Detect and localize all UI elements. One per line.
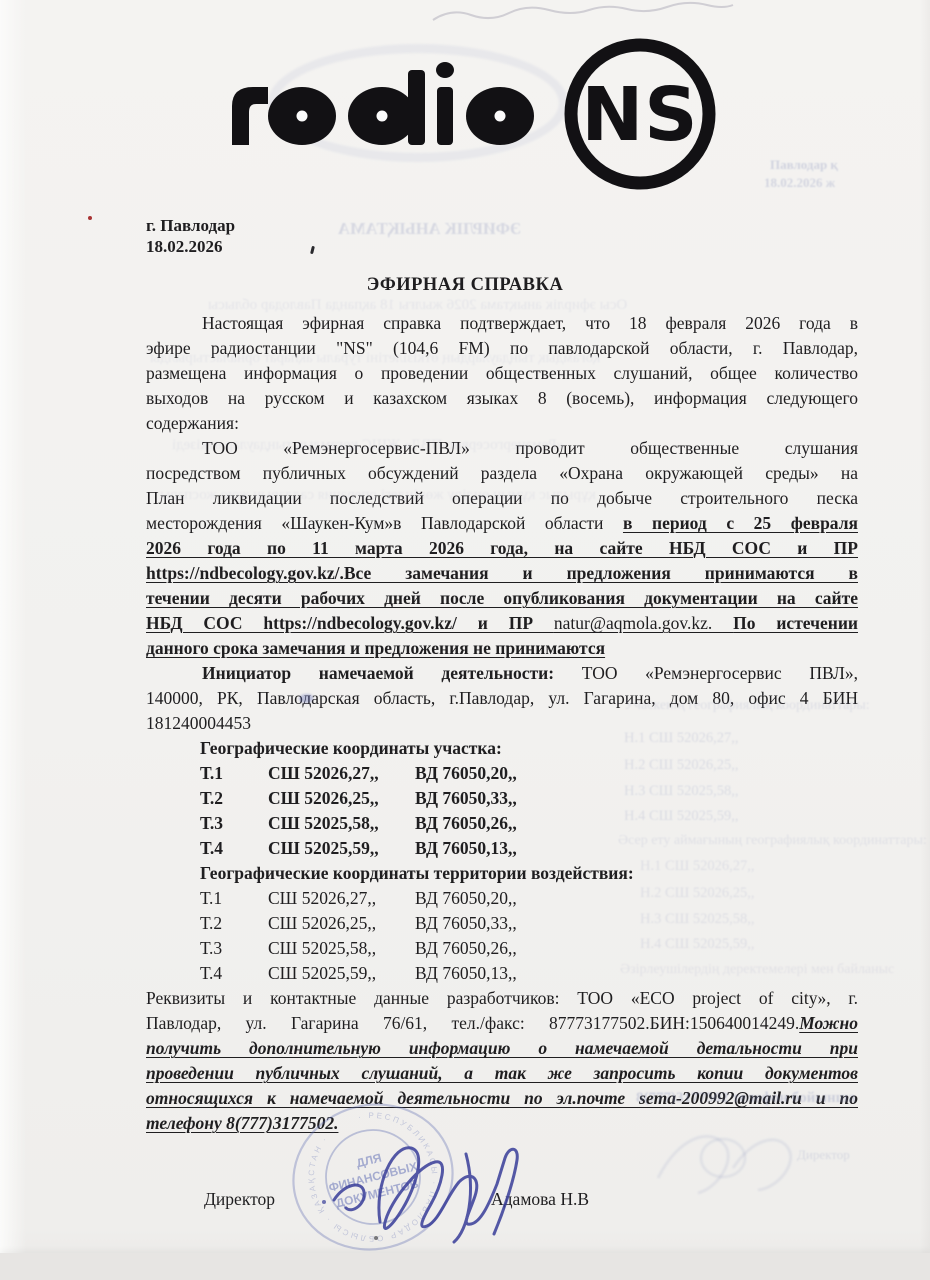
doc-body: Настоящая эфирная справка подтверждает, … [146,311,858,1136]
coordinates-heading: Географические координаты территории воз… [146,861,858,886]
text-line: посредством публичных обсуждений раздела… [146,461,858,486]
point-label: Т.4 [200,836,268,861]
text-segment: https://ndbecology.gov.kz/.Все замечания… [146,563,858,583]
signatory-role: Директор [204,1188,275,1210]
text-line: Реквизиты и контактные данные разработчи… [146,986,858,1011]
text-segment: Реквизиты и контактные данные разработчи… [146,988,858,1008]
longitude-value: ВД 76050,26,, [415,936,858,961]
coordinate-row: Т.2СШ 52026,25,,ВД 76050,33,, [146,786,858,811]
text-segment: в период с 25 февраля [623,513,858,533]
document-title: ЭФИРНАЯ СПРАВКА [0,273,930,297]
paragraph: Инициатор намечаемой деятельности: ТОО «… [146,661,858,736]
paragraph: ТОО «Ремэнергосервис-ПВЛ» проводит общес… [146,436,858,661]
text-line: выходов на русском и казахском языках 8 … [146,386,858,411]
coordinate-row: Т.1СШ 52026,27,,ВД 76050,20,, [146,761,858,786]
text-line: https://ndbecology.gov.kz/.Все замечания… [146,561,858,586]
longitude-value: ВД 76050,20,, [415,761,858,786]
text-line: проведении публичных слушаний, а так же … [146,1061,858,1086]
latitude-value: СШ 52025,58,, [268,936,415,961]
text-segment: получить дополнительную информацию о нам… [146,1038,858,1058]
text-segment: размещена информация о проведении общест… [146,363,858,383]
signature-row: Директор Адамова Н.В [146,1188,930,1210]
text-segment: 140000, РК, Павлодарская область, г.Павл… [146,688,858,708]
text-line: НБД СОС https://ndbecology.gov.kz/ и ПР … [146,611,858,636]
coordinates-heading: Географические координаты участка: [146,736,858,761]
text-line: 181240004453 [146,711,858,736]
text-segment: выходов на русском и казахском языках 8 … [146,388,858,408]
coordinate-row: Т.4СШ 52025,59,,ВД 76050,13,, [146,961,858,986]
stamp-bleed-ghost [700,1138,746,1178]
latitude-value: СШ 52026,25,, [268,911,415,936]
latitude-value: СШ 52026,25,, [268,786,415,811]
text-line: телефону 8(777)3177502. [146,1111,858,1136]
text-segment: 181240004453 [146,713,251,733]
text-line: Павлодар, ул. Гагарина 76/61, тел./факс:… [146,1011,858,1036]
longitude-value: ВД 76050,33,, [415,786,858,811]
text-segment: natur@aqmola.gov.kz. [554,613,733,633]
text-segment: 2026 года по 11 марта 2026 года, на сайт… [146,538,858,558]
ink-smudge [299,694,313,703]
text-line: ТОО «Ремэнергосервис-ПВЛ» проводит общес… [146,436,858,461]
text-segment: данного срока замечания и предложения не… [146,638,605,658]
text-segment: Павлодар, ул. Гагарина 76/61, тел./факс:… [146,1013,799,1033]
point-label: Т.2 [200,786,268,811]
text-line: Инициатор намечаемой деятельности: ТОО «… [146,661,858,686]
coordinate-row: Т.3СШ 52025,58,,ВД 76050,26,, [146,811,858,836]
text-line: течении десяти рабочих дней после опубли… [146,586,858,611]
coordinate-row: Т.1СШ 52026,27,,ВД 76050,20,, [146,886,858,911]
text-line: месторождения «Шаукен-Кум»в Павлодарской… [146,511,858,536]
coordinate-row: Т.4СШ 52025,59,,ВД 76050,13,, [146,836,858,861]
point-label: Т.3 [200,936,268,961]
document-date: 18.02.2026 [146,236,930,257]
text-segment: течении десяти рабочих дней после опубли… [146,588,858,608]
text-segment: Инициатор намечаемой деятельности: [202,663,554,683]
latitude-value: СШ 52025,58,, [268,811,415,836]
point-label: Т.3 [200,811,268,836]
text-segment: Настоящая эфирная справка подтверждает, … [202,313,858,333]
point-label: Т.1 [200,886,268,911]
latitude-value: СШ 52025,59,, [268,961,415,986]
scanned-document-page: NS г. Павлодар 18.02.2026 ЭФИРНАЯ СПРАВК… [0,0,930,1210]
text-segment: План ликвидации последствий операции по … [146,488,858,508]
text-line: эфире радиостанции "NS" (104,6 FM) по па… [146,336,858,361]
text-segment: посредством публичных обсуждений раздела… [146,463,858,483]
logo-ns-text: NS [581,72,698,158]
text-segment: эфире радиостанции "NS" (104,6 FM) по па… [146,338,858,358]
bleed-through-text: Директор [797,1147,850,1163]
text-line: 2026 года по 11 марта 2026 года, на сайт… [146,536,858,561]
scan-edge-bottom [0,1253,930,1280]
paragraph: Реквизиты и контактные данные разработчи… [146,986,858,1136]
stamp-line-1: ДЛЯ [355,1151,383,1171]
document-place: г. Павлодар [146,215,930,236]
point-label: Т.4 [200,961,268,986]
text-segment: ТОО «Ремэнергосервис-ПВЛ» проводит общес… [202,438,858,458]
text-segment: относящихся к намечаемой деятельности по… [146,1088,858,1108]
text-line: относящихся к намечаемой деятельности по… [146,1086,858,1111]
text-line: План ликвидации последствий операции по … [146,486,858,511]
text-segment: содержания: [146,413,239,433]
point-label: Т.1 [200,761,268,786]
paragraph: Настоящая эфирная справка подтверждает, … [146,311,858,436]
text-segment: Можно [799,1013,858,1033]
text-segment: По истечении [733,613,858,633]
coordinate-row: Т.2СШ 52026,25,,ВД 76050,33,, [146,911,858,936]
point-label: Т.2 [200,911,268,936]
text-segment: ТОО «Ремэнергосервис ПВЛ», [554,663,858,683]
latitude-value: СШ 52025,59,, [268,836,415,861]
text-line: получить дополнительную информацию о нам… [146,1036,858,1061]
text-segment: проведении публичных слушаний, а так же … [146,1063,858,1083]
text-line: Настоящая эфирная справка подтверждает, … [146,311,858,336]
longitude-value: ВД 76050,13,, [415,836,858,861]
text-line: 140000, РК, Павлодарская область, г.Павл… [146,686,858,711]
radio-ns-logo: NS [0,0,930,199]
radio-ns-logo-graphic: NS [230,36,720,194]
latitude-value: СШ 52026,27,, [268,886,415,911]
latitude-value: СШ 52026,27,, [268,761,415,786]
place-date-block: г. Павлодар 18.02.2026 [146,215,930,257]
longitude-value: ВД 76050,26,, [415,811,858,836]
text-line: размещена информация о проведении общест… [146,361,858,386]
text-line: данного срока замечания и предложения не… [146,636,858,661]
longitude-value: ВД 76050,20,, [415,886,858,911]
longitude-value: ВД 76050,13,, [415,961,858,986]
coordinate-row: Т.3СШ 52025,58,,ВД 76050,26,, [146,936,858,961]
text-segment: НБД СОС https://ndbecology.gov.kz/ и ПР [146,613,554,633]
red-speck [88,216,92,220]
longitude-value: ВД 76050,33,, [415,911,858,936]
text-segment: телефону 8(777)3177502. [146,1113,338,1133]
text-line: содержания: [146,411,858,436]
signatory-name: Адамова Н.В [491,1188,589,1210]
text-segment: месторождения «Шаукен-Кум»в Павлодарской… [146,513,623,533]
